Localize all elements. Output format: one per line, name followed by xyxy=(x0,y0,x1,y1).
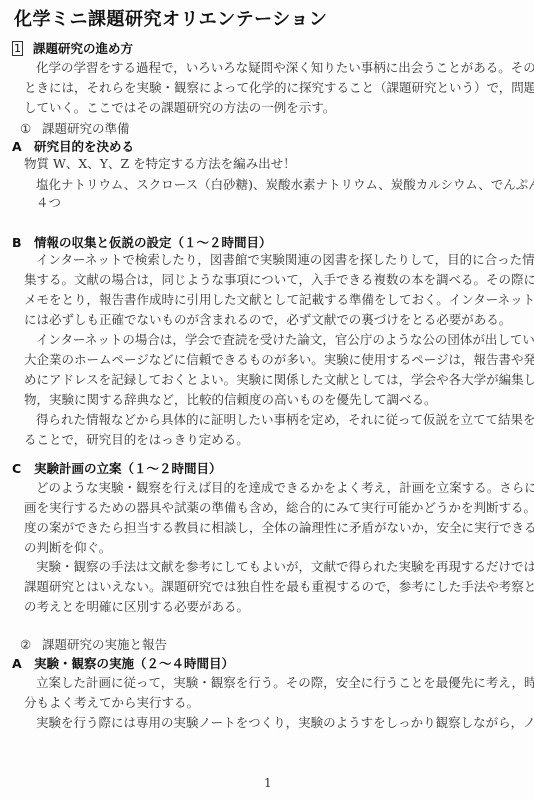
heading-A-research-purpose: A研究目的を決める xyxy=(12,137,134,155)
heading-text: 研究目的を決める xyxy=(34,139,134,154)
substance-list: 塩化ナトリウム、スクロース（白砂糖)、炭酸水素ナトリウム、炭酸カルシウム、でんぷ… xyxy=(36,176,534,194)
substance-count: ４つ xyxy=(36,194,61,212)
body-line: メモをとり，報告書作成時に引用した文献として記載する準備をしておく。インターネッ… xyxy=(24,291,516,309)
section-number-box: 1 xyxy=(12,41,23,56)
body-line: 実験を行う際には専用の実験ノートをつくり，実験のようすをしっかり観察しながら，ノ… xyxy=(24,714,516,732)
circled-number-1: ① xyxy=(20,121,42,136)
body-line: 得られた情報などから具体的に証明したい事柄を定め，それに従って仮説を立てて結果を… xyxy=(24,411,516,429)
body-line: 度の案ができたら担当する教員に相談し，全体の論理性に矛盾がないか，安全に実行でき… xyxy=(24,519,516,537)
heading-text: 実験・観察の実施（２～４時間目） xyxy=(34,656,234,671)
heading-letter: C xyxy=(12,461,34,476)
heading-A-experiment-execution: A実験・観察の実施（２～４時間目） xyxy=(12,654,234,672)
heading-letter: A xyxy=(12,656,34,671)
body-line: インターネットで検索したり，図書館で実験関連の図書を探したりして，目的に合った情… xyxy=(24,251,516,269)
body-line: どのような実験・観察を行えば目的を達成できるかをよく考え，計画を立案する。さらに… xyxy=(24,479,516,497)
heading-C-experiment-planning: C実験計画の立案（１～２時間目） xyxy=(12,459,222,477)
body-line: 実験・観察の手法は文献を参考にしてもよいが，文献で得られた実験を再現するだけでは… xyxy=(24,558,516,576)
body-line: 分もよく考えてから実行する。 xyxy=(24,694,516,712)
body-line: には必ずしも正確でないものが含まれるので，必ず文献での裏づけをとる必要がある。 xyxy=(24,311,516,329)
body-line: 画を実行するための器具や試薬の準備も含め，総合的にみて実行可能かどうかを判断する… xyxy=(24,499,516,517)
heading-text: 実験計画の立案（１～２時間目） xyxy=(34,461,222,476)
intro-line: 化学の学習をする過程で，いろいろな疑問や深く知りたい事柄に出会うことがある。その… xyxy=(24,59,516,77)
heading-text: 情報の収集と仮説の設定（１～２時間目） xyxy=(34,235,272,250)
body-line: めにアドレスを記録しておくとよい。実験に関係した文献としては，学会や各大学が編集… xyxy=(24,371,516,389)
body-line: 課題研究とはいえない。課題研究では独自性を最も重視するので，参考にした手法や考察… xyxy=(24,578,516,596)
body-line: の判断を仰ぐ。 xyxy=(24,539,516,557)
intro-line: していく。ここではその課題研究の方法の一例を示す。 xyxy=(24,99,516,117)
body-line: 物，実験に関する辞典など，比較的信頼度の高いものを優先して調べる。 xyxy=(24,391,516,409)
subsection-2-heading: ②課題研究の実施と報告 xyxy=(20,635,167,653)
task-statement: 物質 W、X、Y、Z を特定する方法を編み出せ！ xyxy=(24,155,296,173)
subsection-1-heading: ①課題研究の準備 xyxy=(20,119,130,137)
document-page: 化学ミニ課題研究オリエンテーション 1 課題研究の進め方 化学の学習をする過程で… xyxy=(0,0,534,800)
subsection-label: 課題研究の実施と報告 xyxy=(42,637,167,652)
subsection-label: 課題研究の準備 xyxy=(42,121,130,136)
body-line: インターネットの場合は，学会で査読を受けた論文，官公庁のような公の団体が出してい… xyxy=(24,331,516,349)
heading-B-information-gathering: B情報の収集と仮説の設定（１～２時間目） xyxy=(12,233,272,251)
body-line: の考えとを明確に区別する必要がある。 xyxy=(24,598,516,616)
body-line: 立案した計画に従って，実験・観察を行う。その際，安全に行うことを最優先に考え，時… xyxy=(24,674,516,692)
section-heading-text: 課題研究の進め方 xyxy=(33,39,133,57)
body-line: 集する。文献の場合は，同じような事項について，入手できる複数の本を調べる。その際… xyxy=(24,271,516,289)
page-title: 化学ミニ課題研究オリエンテーション xyxy=(14,5,327,31)
section-1-heading: 1 課題研究の進め方 xyxy=(12,39,133,57)
heading-letter: A xyxy=(12,139,34,154)
heading-letter: B xyxy=(12,235,34,250)
intro-line: ときには，それらを実験・観察によって化学的に探究すること（課題研究という）で，問… xyxy=(24,79,516,97)
body-line: 大企業のホームページなどに信頼できるものが多い。実験に使用するページは，報告書や… xyxy=(24,351,516,369)
body-line: ることで，研究目的をはっきり定める。 xyxy=(24,431,516,449)
page-number: 1 xyxy=(264,776,272,790)
circled-number-2: ② xyxy=(20,637,42,652)
